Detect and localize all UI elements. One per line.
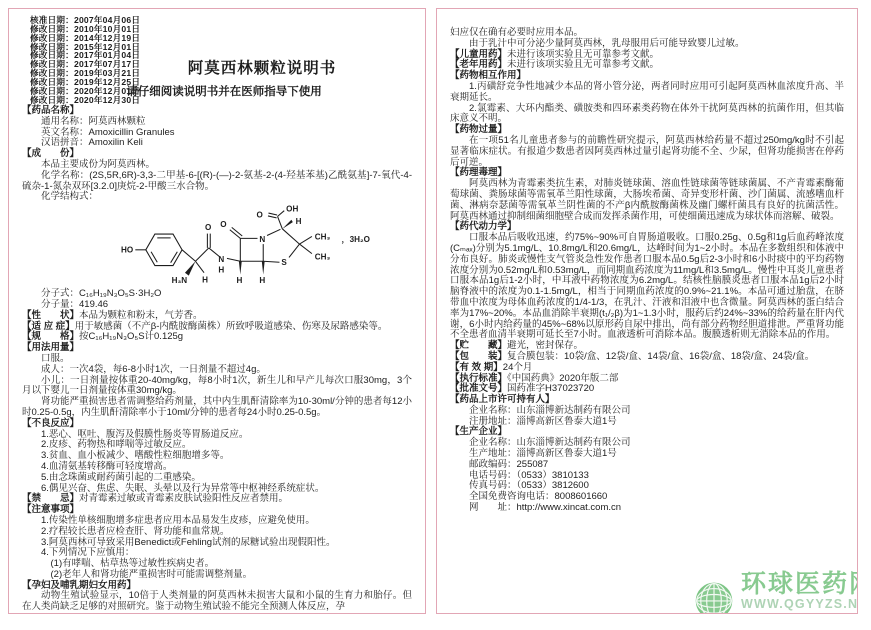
text-line: 网 址：http://www.xincat.com.cn: [450, 503, 844, 514]
atom-label-h: H: [237, 276, 243, 285]
sections-right: 妇应仅在确有必要时应用本品。由于乳汁中可分泌少量阿莫西林，乳母服用后可能导致婴儿…: [450, 28, 844, 514]
left-page-content: 核准日期：2007年04月06日修改日期：2010年10月01日修改日期：201…: [9, 9, 425, 613]
text-line: 成人：一次4袋，每6-8小时1次，一日剂量不超过4g。: [22, 365, 412, 376]
sections-bottom: 分子式：C₁₆H₁₉N₃O₅S·3H₂O分子量：419.46【性 状】本品为颗粒…: [22, 289, 412, 613]
atom-label-ho: HO: [121, 246, 133, 255]
sections-top: 【药品名称】通用名称：阿莫西林颗粒英文名称：Amoxicillin Granul…: [22, 106, 412, 203]
watermark-brand: 环球医药网®: [741, 571, 858, 597]
atom-label-h: H: [202, 275, 208, 284]
text-line: 【禁 忌】对青霉素过敏或青霉素皮肤试验阳性反应者禁用。: [22, 494, 412, 505]
text-line: 2.氯霉素、大环内酯类、磺胺类和四环素类药物在体外干扰阿莫西林的抗菌作用，但其临…: [450, 104, 844, 126]
atom-label-h: H: [296, 217, 302, 226]
text-line: 阿莫西林为青霉素类抗生素，对肺炎链球菌、溶血性链球菌等链球菌属、不产青霉素酶葡萄…: [450, 179, 844, 222]
text-line: 注册地址：淄博高新区鲁泰大道1号: [450, 417, 844, 428]
left-page-header: 核准日期：2007年04月06日修改日期：2010年10月01日修改日期：201…: [22, 14, 412, 106]
text-line: 口服本品后吸收迅速，约75%~90%可自胃肠道吸收。口服0.25g、0.5g和1…: [450, 233, 844, 341]
hydrate-label: ，3H₂O: [342, 235, 370, 245]
page-title: 阿莫西林颗粒说明书: [140, 64, 384, 75]
globe-icon: [693, 579, 735, 614]
section: 【成 份】本品主要成份为阿莫西林。化学名称：(2S,5R,6R)-3,3-二甲基…: [22, 149, 412, 203]
text-line: 【有 效 期】24个月: [450, 363, 844, 374]
text-line: 汉语拼音：Amoxilin Keli: [22, 138, 412, 149]
section: 【药品上市许可持有人】企业名称：山东淄博新达制药有限公司注册地址：淄博高新区鲁泰…: [450, 395, 844, 427]
section: 【药理毒理】阿莫西林为青霉素类抗生素，对肺炎链球菌、溶血性链球菌等链球菌属、不产…: [450, 168, 844, 222]
atom-label-o: O: [257, 211, 263, 220]
section: 分子式：C₁₆H₁₉N₃O₅S·3H₂O分子量：419.46: [22, 289, 412, 311]
section-heading: 【不良反应】: [22, 419, 412, 430]
text-line: 化学名称：(2S,5R,6R)-3,3-二甲基-6-[(R)-(—)-2-氨基-…: [22, 171, 412, 193]
section-heading: 【贮 藏】: [450, 340, 507, 351]
leaflet-right-page: 妇应仅在确有必要时应用本品。由于乳汁中可分泌少量阿莫西林，乳母服用后可能导致婴儿…: [436, 8, 858, 614]
section: 【药物相互作用】1.丙磺舒竞争性地减少本品的肾小管分泌，两者同时应用可引起阿莫西…: [450, 71, 844, 125]
section-heading: 【用法用量】: [22, 343, 412, 354]
page-subtitle: 请仔细阅读说明书并在医师指导下使用: [38, 87, 410, 98]
section-heading: 【适 应 症】: [22, 321, 75, 332]
leaflet-left-page: 核准日期：2007年04月06日修改日期：2010年10月01日修改日期：201…: [8, 8, 426, 614]
atom-label-h: H: [259, 276, 265, 285]
watermark-url: WWW.QGYYZS.NET: [741, 597, 858, 611]
atom-label-n: N: [259, 235, 265, 244]
atom-label-o: O: [205, 223, 211, 232]
text-line: 1.丙磺舒竞争性地减少本品的肾小管分泌，两者同时应用可引起阿莫西林血浓度升高、半…: [450, 82, 844, 104]
text-line: 【性 状】本品为颗粒和粉末，气芳香。: [22, 311, 412, 322]
section-heading: 【禁 忌】: [22, 493, 79, 504]
section-heading: 【规 格】: [22, 331, 79, 342]
section-heading: 【包 装】: [450, 351, 507, 362]
text-line: 小儿：一日剂量按体重20-40mg/kg，每8小时1次，新生儿和早产儿每次口服3…: [22, 376, 412, 398]
section-heading: 【执行标准】: [450, 373, 507, 384]
text-line: 【规 格】按C₁₆H₁₉N₃O₅S计0.125g: [22, 332, 412, 343]
site-watermark: 环球医药网® WWW.QGYYZS.NET: [693, 571, 858, 614]
text-line: 动物生殖试验显示，10倍于人类剂量的阿莫西林未损害大鼠和小鼠的生育力和胎仔。但在…: [22, 591, 412, 613]
section: 【药物过量】在一项51名儿童患者参与的前瞻性研究提示，阿莫西林给药量不超过250…: [450, 125, 844, 168]
section: 【生产企业】企业名称：山东淄博新达制药有限公司生产地址：淄博高新区鲁泰大道1号邮…: [450, 427, 844, 513]
section: 【注意事项】1.传染性单核细胞增多症患者应用本品易发生皮疹，应避免使用。2.疗程…: [22, 505, 412, 581]
atom-label-h: H: [218, 266, 224, 275]
right-page-content: 妇应仅在确有必要时应用本品。由于乳汁中可分泌少量阿莫西林，乳母服用后可能导致婴儿…: [437, 9, 857, 514]
text-line: 肾功能严重损害患者需调整给药剂量，其中内生肌酐清除率为10-30ml/分钟的患者…: [22, 397, 412, 419]
text-line: 5.由念珠菌或耐药菌引起的二重感染。: [22, 473, 412, 484]
atom-label-s: S: [281, 258, 287, 267]
text-line: 通用名称：阿莫西林颗粒: [22, 117, 412, 128]
section-heading: 【有 效 期】: [450, 362, 503, 373]
text-line: 由于乳汁中可分泌少量阿莫西林，乳母服用后可能导致婴儿过敏。: [450, 39, 844, 50]
section: 【规 格】按C₁₆H₁₉N₃O₅S计0.125g: [22, 332, 412, 343]
atom-label-ch3: CH₃: [315, 232, 331, 241]
section-heading: 【儿童用药】: [450, 49, 507, 60]
atom-label-oh: OH: [286, 205, 298, 214]
section: 【性 状】本品为颗粒和粉末，气芳香。: [22, 311, 412, 322]
atom-label-o: O: [220, 220, 226, 229]
section-heading: 【性 状】: [22, 310, 79, 321]
text-line: 化学结构式：: [22, 192, 412, 203]
section: 【用法用量】口服。成人：一次4袋，每6-8小时1次，一日剂量不超过4g。小儿：一…: [22, 343, 412, 419]
text-line: 在一项51名儿童患者参与的前瞻性研究提示，阿莫西林给药量不超过250mg/kg时…: [450, 136, 844, 168]
watermark-text: 环球医药网® WWW.QGYYZS.NET: [741, 571, 858, 611]
section-heading: 【批准文号】: [450, 383, 507, 394]
atom-label-n: N: [218, 255, 224, 264]
section-heading: 【老年用药】: [450, 59, 507, 70]
chemical-structure-diagram: HO H₃N H O N H O N: [88, 204, 406, 288]
section: 【孕妇及哺乳期妇女用药】动物生殖试验显示，10倍于人类剂量的阿莫西林未损害大鼠和…: [22, 581, 412, 613]
section: 【药代动力学】口服本品后吸收迅速，约75%~90%可自胃肠道吸收。口服0.25g…: [450, 222, 844, 341]
text-line: 2.疗程较长患者应检查肝、肾功能和血常规。: [22, 527, 412, 538]
section: 【药品名称】通用名称：阿莫西林颗粒英文名称：Amoxicillin Granul…: [22, 106, 412, 149]
atom-label-ch3: CH₃: [315, 253, 331, 262]
section: 【禁 忌】对青霉素过敏或青霉素皮肤试验阳性反应者禁用。: [22, 494, 412, 505]
section: 妇应仅在确有必要时应用本品。由于乳汁中可分泌少量阿莫西林，乳母服用后可能导致婴儿…: [450, 28, 844, 50]
section: 【不良反应】1.恶心、呕吐、腹泻及假膜性肠炎等胃肠道反应。2.皮疹、药物热和哮喘…: [22, 419, 412, 495]
atom-label-h3n: H₃N: [172, 276, 188, 285]
section: 【有 效 期】24个月: [450, 363, 844, 374]
